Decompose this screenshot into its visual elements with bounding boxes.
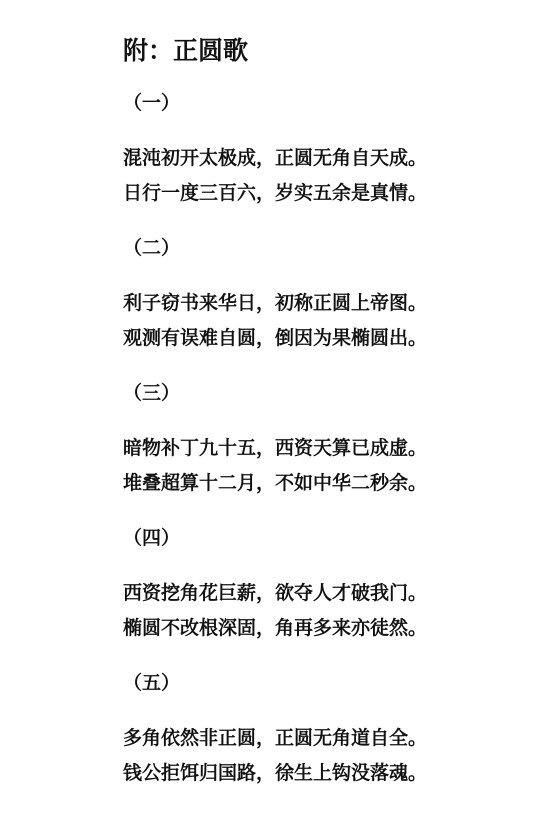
page-title: 附：正圆歌 — [123, 36, 547, 66]
stanza-2: （二） 利子窃书来华日，初称正圆上帝图。 观测有误难自圆，倒因为果椭圆出。 — [123, 236, 547, 356]
verse-line: 西资挖角花巨薪，欲夺人才破我门。 — [123, 576, 547, 611]
stanza-label: （五） — [123, 671, 547, 697]
verse-line: 钱公拒饵归国路，徐生上钩没落魂。 — [123, 756, 547, 791]
stanza-verse: 西资挖角花巨薪，欲夺人才破我门。 椭圆不改根深固，角再多来亦徒然。 — [123, 576, 547, 646]
stanza-verse: 多角依然非正圆，正圆无角道自全。 钱公拒饵归国路，徐生上钩没落魂。 — [123, 721, 547, 791]
stanza-4: （四） 西资挖角花巨薪，欲夺人才破我门。 椭圆不改根深固，角再多来亦徒然。 — [123, 526, 547, 646]
stanza-label: （四） — [123, 526, 547, 552]
document-page: { "document": { "title": "附：正圆歌", "text_… — [0, 0, 547, 815]
stanza-verse: 混沌初开太极成，正圆无角自天成。 日行一度三百六，岁实五余是真情。 — [123, 141, 547, 211]
verse-line: 椭圆不改根深固，角再多来亦徒然。 — [123, 611, 547, 646]
stanza-verse: 利子窃书来华日，初称正圆上帝图。 观测有误难自圆，倒因为果椭圆出。 — [123, 286, 547, 356]
stanza-1: （一） 混沌初开太极成，正圆无角自天成。 日行一度三百六，岁实五余是真情。 — [123, 91, 547, 211]
stanza-5: （五） 多角依然非正圆，正圆无角道自全。 钱公拒饵归国路，徐生上钩没落魂。 — [123, 671, 547, 791]
verse-line: 利子窃书来华日，初称正圆上帝图。 — [123, 286, 547, 321]
stanza-label: （二） — [123, 236, 547, 262]
verse-line: 堆叠超算十二月，不如中华二秒余。 — [123, 466, 547, 501]
verse-line: 观测有误难自圆，倒因为果椭圆出。 — [123, 321, 547, 356]
stanza-label: （三） — [123, 381, 547, 407]
verse-line: 日行一度三百六，岁实五余是真情。 — [123, 176, 547, 211]
verse-line: 多角依然非正圆，正圆无角道自全。 — [123, 721, 547, 756]
verse-line: 暗物补丁九十五，西资天算已成虚。 — [123, 431, 547, 466]
stanza-label: （一） — [123, 91, 547, 117]
stanza-verse: 暗物补丁九十五，西资天算已成虚。 堆叠超算十二月，不如中华二秒余。 — [123, 431, 547, 501]
verse-line: 混沌初开太极成，正圆无角自天成。 — [123, 141, 547, 176]
stanza-3: （三） 暗物补丁九十五，西资天算已成虚。 堆叠超算十二月，不如中华二秒余。 — [123, 381, 547, 501]
